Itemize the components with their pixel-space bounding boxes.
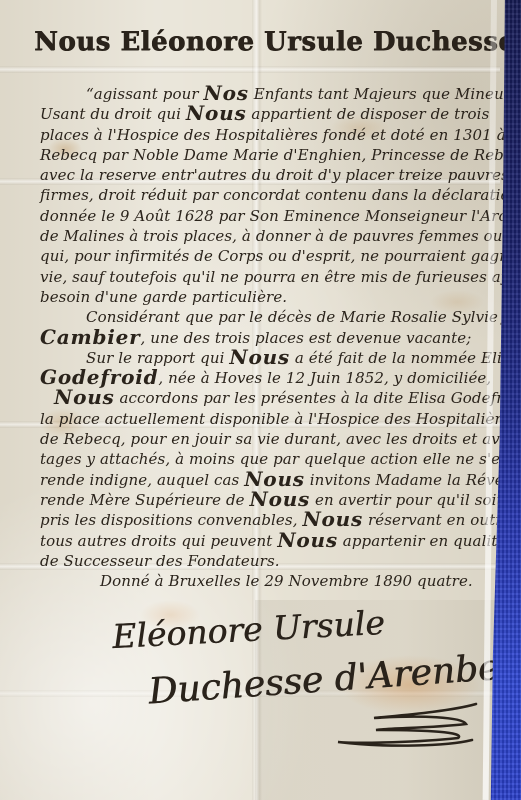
text-line: firmes, droit réduit par concordat conte… [40, 185, 495, 205]
signature-flourish-icon [330, 698, 480, 750]
text-line: tous autres droits qui peuvent Nous appa… [40, 531, 495, 551]
paper-document: Nous Eléonore Ursule Duchesse d'Arenberg… [0, 0, 521, 800]
text-line: de Malines à trois places, à donner à de… [40, 226, 495, 246]
text-line: places à l'Hospice des Hospitalières fon… [40, 125, 495, 145]
text-line: la place actuellement disponible à l'Hos… [40, 409, 495, 429]
text-line: de Successeur des Fondateurs. [40, 551, 495, 571]
emphasized-word: Nous [186, 101, 247, 125]
emphasized-word: Nous [54, 385, 115, 409]
text-line: avec la reserve entr'autres du droit d'y… [40, 165, 495, 185]
emphasized-word: Cambier [40, 325, 140, 349]
text-line: Rebecq par Noble Dame Marie d'Enghien, P… [40, 145, 495, 165]
text-line: Donné à Bruxelles le 29 Novembre 1890 qu… [40, 571, 495, 591]
signature-line-1: Eléonore Ursule [111, 603, 385, 656]
text-line: “agissant pour Nos Enfants tant Majeurs … [40, 84, 495, 104]
signature-block: Eléonore Ursule Duchesse d'Arenberg [0, 600, 521, 760]
text-line: pris les dispositions convenables, Nous … [40, 510, 495, 530]
document-body: “agissant pour Nos Enfants tant Majeurs … [40, 84, 495, 591]
fold-crease-horizontal [0, 66, 500, 73]
text-line: donnée le 9 Août 1628 par Son Eminence M… [40, 206, 495, 226]
emphasized-word: Nous [229, 345, 290, 369]
photo-background: Nous Eléonore Ursule Duchesse d'Arenberg… [0, 0, 521, 800]
text-line: rende Mère Supérieure de Nous en avertir… [40, 490, 495, 510]
text-line: besoin d'une garde particulière. [40, 287, 495, 307]
text-line: vie, sauf toutefois qu'il ne pourra en ê… [40, 267, 495, 287]
text-line: Nous accordons par les présentes à la di… [40, 388, 495, 408]
text-line: Usant du droit qui Nous appartient de di… [40, 104, 495, 124]
emphasized-word: Nous [277, 528, 338, 552]
document-title: Nous Eléonore Ursule Duchesse d'Arenberg [34, 27, 485, 57]
text-line: qui, pour infirmités de Corps ou d'espri… [40, 246, 495, 266]
text-line: de Rebecq, pour en jouir sa vie durant, … [40, 429, 495, 449]
